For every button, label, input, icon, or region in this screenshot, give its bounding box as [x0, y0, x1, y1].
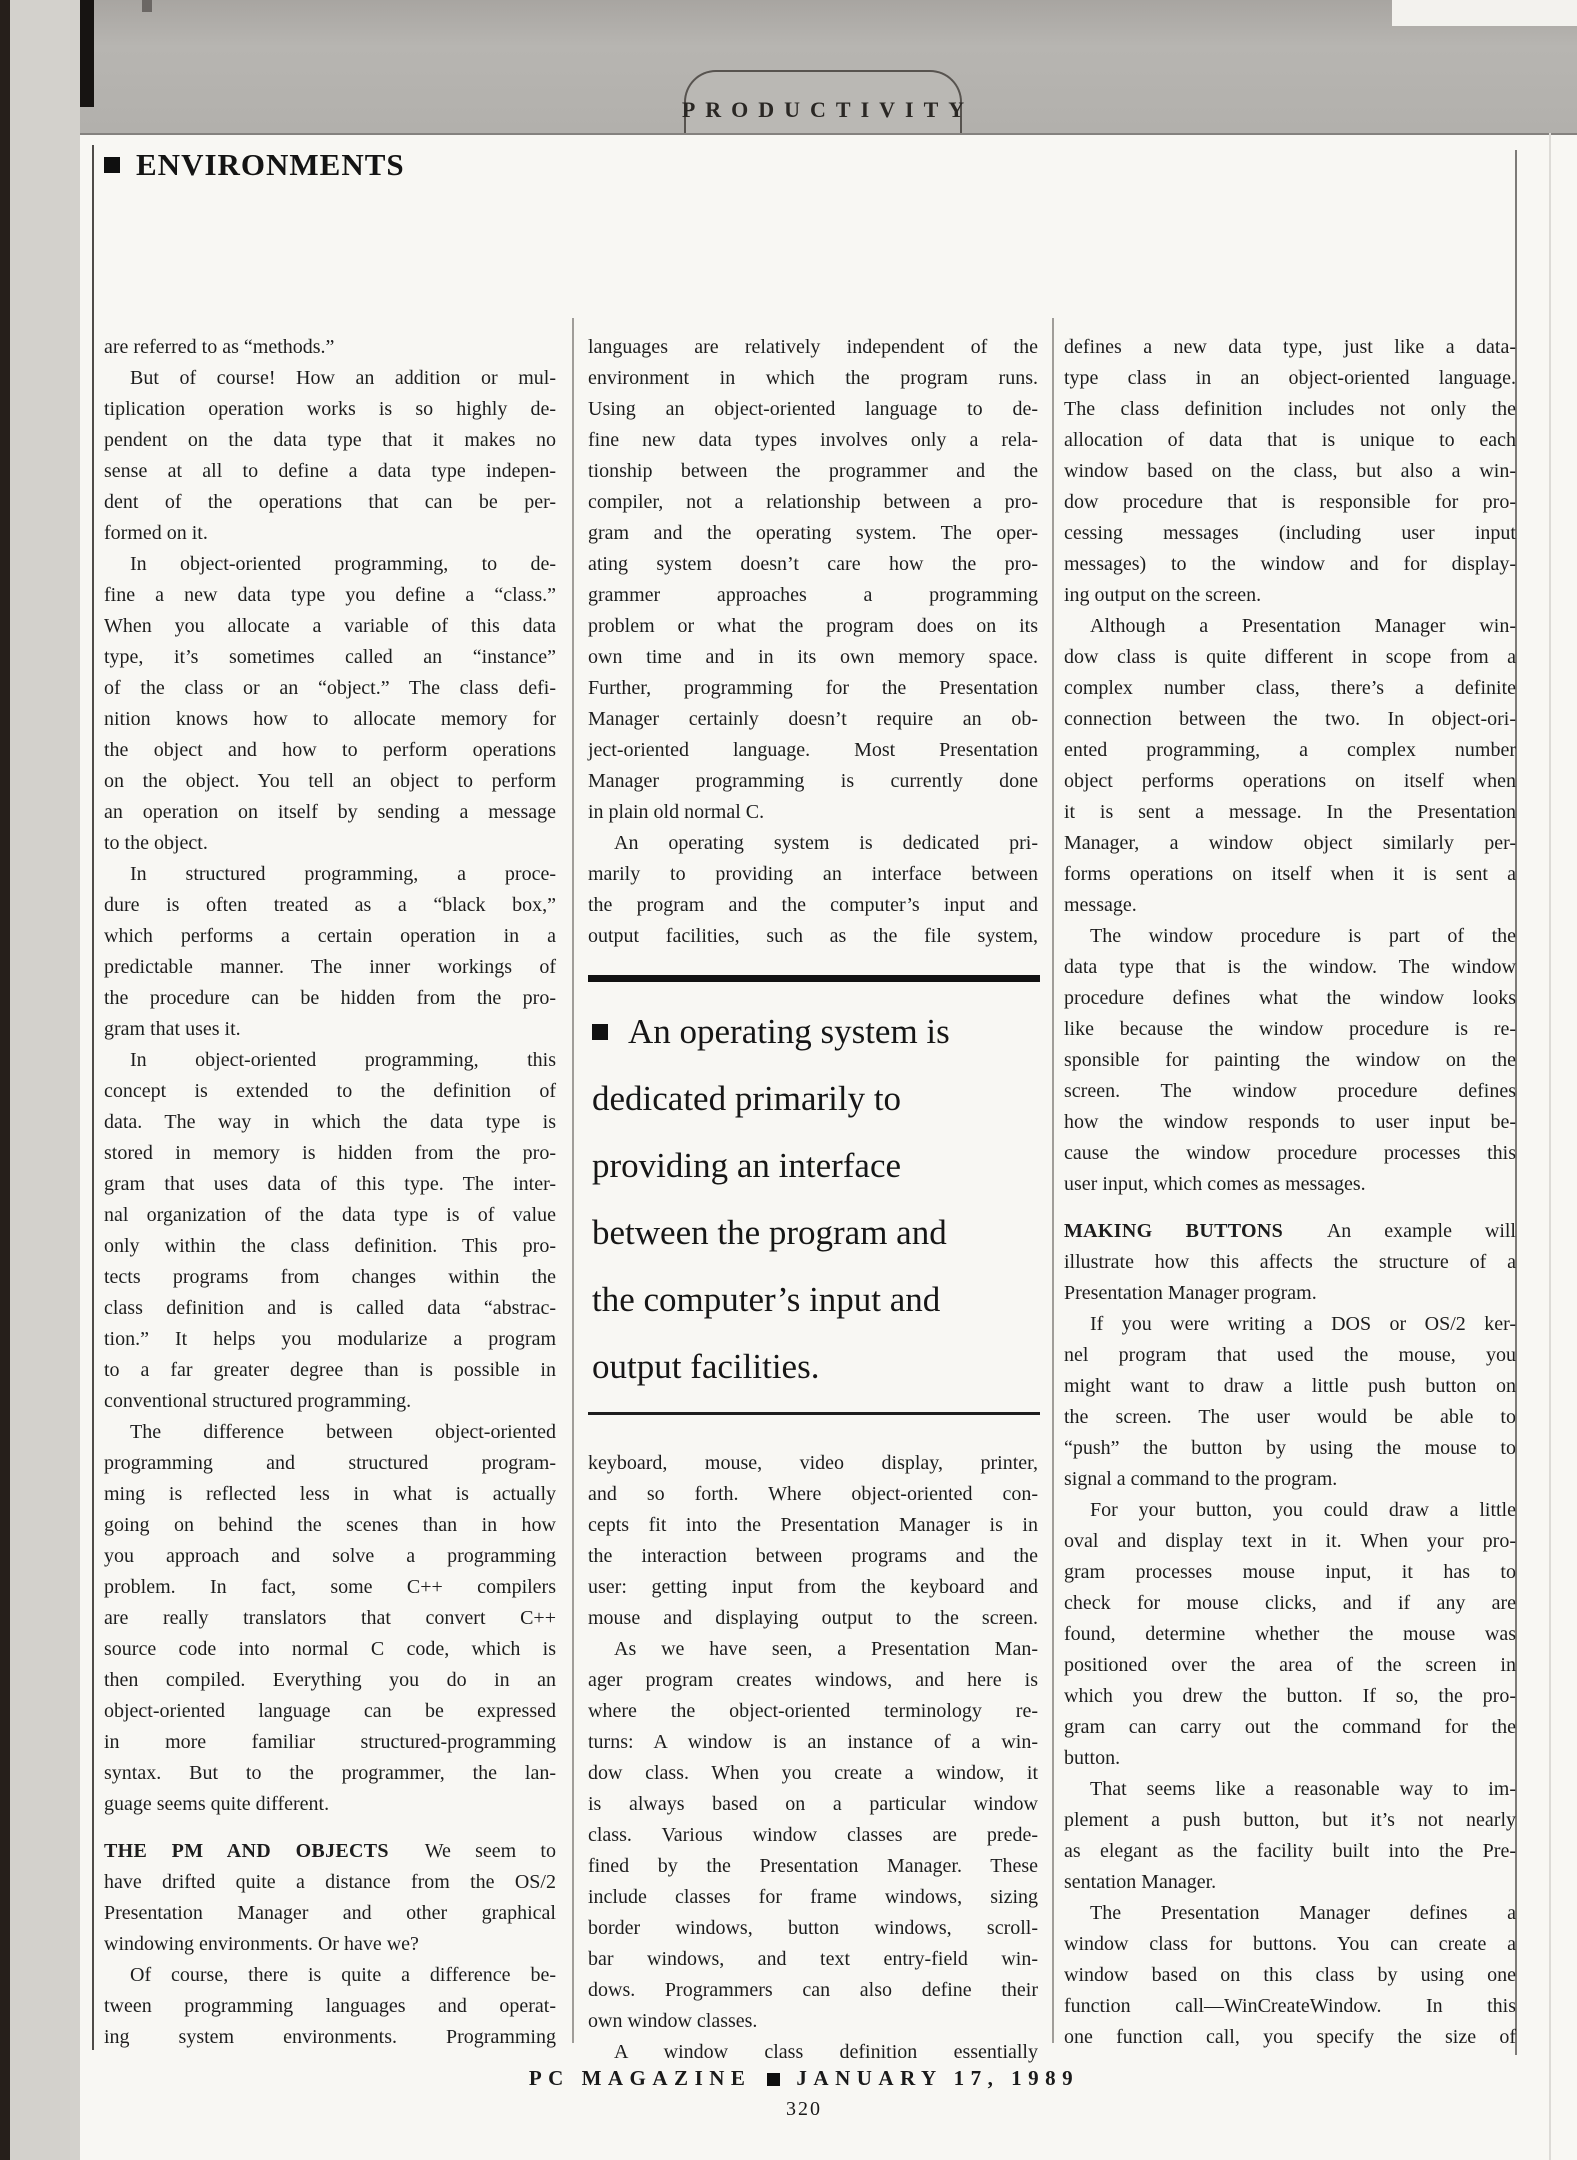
body-line: border windows, button windows, scroll-	[588, 1913, 1038, 1944]
body-line: messages) to the window and for display-	[1064, 549, 1516, 580]
pull-quote-rule-bottom	[588, 1412, 1040, 1415]
body-line: concept is extended to the definition of	[104, 1076, 556, 1107]
body-line: In object-oriented programming, to de-	[104, 549, 556, 580]
column-1: are referred to as “methods.”But of cour…	[104, 332, 556, 2053]
body-line: grammer approaches a programming	[588, 580, 1038, 611]
body-line: fined by the Presentation Manager. These	[588, 1851, 1038, 1882]
body-line: only within the class definition. This p…	[104, 1231, 556, 1262]
body-line: bar windows, and text entry-field win-	[588, 1944, 1038, 1975]
body-line: plement a push button, but it’s not near…	[1064, 1805, 1516, 1836]
body-line: to a far greater degree than is possible…	[104, 1355, 556, 1386]
square-bullet-icon	[592, 1024, 608, 1040]
body-line: defines a new data type, just like a dat…	[1064, 332, 1516, 363]
body-line: an operation on itself by sending a mess…	[104, 797, 556, 828]
body-line: syntax. But to the programmer, the lan-	[104, 1758, 556, 1789]
body-line: cause the window procedure processes thi…	[1064, 1138, 1516, 1169]
body-line: object-oriented language can be expresse…	[104, 1696, 556, 1727]
pull-quote-line: providing an interface	[592, 1132, 1040, 1199]
body-line: gram that uses data of this type. The in…	[104, 1169, 556, 1200]
body-line: gram and the operating system. The oper-	[588, 518, 1038, 549]
body-line: A window class definition essentially	[588, 2037, 1038, 2068]
body-line: check for mouse clicks, and if any are	[1064, 1588, 1516, 1619]
pull-quote-line: between the program and	[592, 1199, 1040, 1266]
body-line: data type that is the window. The window	[1064, 952, 1516, 983]
body-line: pendent on the data type that it makes n…	[104, 425, 556, 456]
body-line: Of course, there is quite a difference b…	[104, 1960, 556, 1991]
pull-quote-line: output facilities.	[592, 1333, 1040, 1400]
body-line: ming is reflected less in what is actual…	[104, 1479, 556, 1510]
body-line: If you were writing a DOS or OS/2 ker-	[1064, 1309, 1516, 1340]
body-line: mouse and displaying output to the scree…	[588, 1603, 1038, 1634]
body-line: type class in an object-oriented languag…	[1064, 363, 1516, 394]
body-line: Although a Presentation Manager win-	[1064, 611, 1516, 642]
body-line: dure is often treated as a “black box,”	[104, 890, 556, 921]
body-line: going on behind the scenes than in how	[104, 1510, 556, 1541]
body-line: That seems like a reasonable way to im-	[1064, 1774, 1516, 1805]
body-line: found, determine whether the mouse was	[1064, 1619, 1516, 1650]
body-line: marily to providing an interface between	[588, 859, 1038, 890]
section-title: ENVIRONMENTS	[136, 147, 405, 183]
page-edge-shadow	[1549, 133, 1551, 2160]
footer-date: JANUARY 17, 1989	[796, 2066, 1079, 2090]
body-line: tiplication operation works is so highly…	[104, 394, 556, 425]
body-line: the screen. The user would be able to	[1064, 1402, 1516, 1433]
column-3: defines a new data type, just like a dat…	[1064, 332, 1516, 2053]
body-line: user: getting input from the keyboard an…	[588, 1572, 1038, 1603]
body-line: Manager, a window object similarly per-	[1064, 828, 1516, 859]
body-line: user input, which comes as messages.	[1064, 1169, 1516, 1200]
column-2-upper: languages are relatively independent of …	[588, 332, 1038, 952]
body-line: tionship between the programmer and the	[588, 456, 1038, 487]
body-line: Manager certainly doesn’t require an ob-	[588, 704, 1038, 735]
body-line: nition knows how to allocate memory for	[104, 704, 556, 735]
body-line: illustrate how this affects the structur…	[1064, 1247, 1516, 1278]
body-line: gram that uses it.	[104, 1014, 556, 1045]
body-line: and so forth. Where object-oriented con-	[588, 1479, 1038, 1510]
body-line: predictable manner. The inner workings o…	[104, 952, 556, 983]
body-line: windowing environments. Or have we?	[104, 1929, 556, 1960]
body-line: output facilities, such as the file syst…	[588, 921, 1038, 952]
body-line: type, it’s sometimes called an “instance…	[104, 642, 556, 673]
body-line: The class definition includes not only t…	[1064, 394, 1516, 425]
body-line: of the class or an “object.” The class d…	[104, 673, 556, 704]
body-line: complex number class, there’s a definite	[1064, 673, 1516, 704]
body-line: on the object. You tell an object to per…	[104, 766, 556, 797]
body-line: the object and how to perform operations	[104, 735, 556, 766]
body-line: Presentation Manager and other graphical	[104, 1898, 556, 1929]
body-line: it is sent a message. In the Presentatio…	[1064, 797, 1516, 828]
body-line: which performs a certain operation in a	[104, 921, 556, 952]
body-line: “push” the button by using the mouse to	[1064, 1433, 1516, 1464]
column-rule-1	[572, 318, 574, 2043]
body-line: ented programming, a complex number	[1064, 735, 1516, 766]
body-line: sponsible for painting the window on the	[1064, 1045, 1516, 1076]
body-line: object performs operations on itself whe…	[1064, 766, 1516, 797]
body-line: window class for buttons. You can create…	[1064, 1929, 1516, 1960]
run-in-heading: THE PM AND OBJECTS	[104, 1840, 389, 1862]
body-line: ing output on the screen.	[1064, 580, 1516, 611]
body-line: class definition and is called data “abs…	[104, 1293, 556, 1324]
body-line: include classes for frame windows, sizin…	[588, 1882, 1038, 1913]
column-2-lower: keyboard, mouse, video display, printer,…	[588, 1448, 1038, 2068]
body-line: problem. In fact, some C++ compilers	[104, 1572, 556, 1603]
body-line: programming and structured program-	[104, 1448, 556, 1479]
body-line: ating system doesn’t care how the pro-	[588, 549, 1038, 580]
body-line: fine a new data type you define a “class…	[104, 580, 556, 611]
body-line: The window procedure is part of the	[1064, 921, 1516, 952]
body-line: have drifted quite a distance from the O…	[104, 1867, 556, 1898]
scan-artifact-tick	[142, 0, 152, 12]
body-line: button.	[1064, 1743, 1516, 1774]
body-line: compiler, not a relationship between a p…	[588, 487, 1038, 518]
body-line: the procedure can be hidden from the pro…	[104, 983, 556, 1014]
body-line: MAKING BUTTONS An example will	[1064, 1216, 1516, 1247]
square-bullet-icon	[104, 157, 120, 173]
body-line: then compiled. Everything you do in an	[104, 1665, 556, 1696]
body-line: stored in memory is hidden from the pro-	[104, 1138, 556, 1169]
body-line: turns: A window is an instance of a win-	[588, 1727, 1038, 1758]
body-line: For your button, you could draw a little	[1064, 1495, 1516, 1526]
body-line: are referred to as “methods.”	[104, 332, 556, 363]
column-rule-2	[1052, 318, 1054, 2043]
body-line: to the object.	[104, 828, 556, 859]
body-line: forms operations on itself when it is se…	[1064, 859, 1516, 890]
scan-artifact-white-notch	[1392, 0, 1577, 26]
body-line: dow class. When you create a window, it	[588, 1758, 1038, 1789]
body-line: The Presentation Manager defines a	[1064, 1898, 1516, 1929]
body-line: might want to draw a little push button …	[1064, 1371, 1516, 1402]
body-line: cepts fit into the Presentation Manager …	[588, 1510, 1038, 1541]
body-line: tion.” It helps you modularize a program	[104, 1324, 556, 1355]
body-line: the program and the computer’s input and	[588, 890, 1038, 921]
body-line: When you allocate a variable of this dat…	[104, 611, 556, 642]
body-line: connection between the two. In object-or…	[1064, 704, 1516, 735]
body-line: As we have seen, a Presentation Man-	[588, 1634, 1038, 1665]
body-line: problem or what the program does on its	[588, 611, 1038, 642]
body-line: gram processes mouse input, it has to	[1064, 1557, 1516, 1588]
body-line: are really translators that convert C++	[104, 1603, 556, 1634]
body-line: guage seems quite different.	[104, 1789, 556, 1820]
body-line: ager program creates windows, and here i…	[588, 1665, 1038, 1696]
body-line: nal organization of the data type is of …	[104, 1200, 556, 1231]
body-line: fine new data types involves only a rela…	[588, 425, 1038, 456]
body-line: one function call, you specify the size …	[1064, 2022, 1516, 2053]
body-line: procedure defines what the window looks	[1064, 983, 1516, 1014]
body-line: own time and in its own memory space.	[588, 642, 1038, 673]
scan-artifact-black-block	[80, 0, 94, 107]
body-line: class. Various window classes are prede-	[588, 1820, 1038, 1851]
body-line: which you drew the button. If so, the pr…	[1064, 1681, 1516, 1712]
pull-quote: An operating system isdedicated primaril…	[588, 975, 1040, 1415]
body-line: sense at all to define a data type indep…	[104, 456, 556, 487]
body-line: is always based on a particular window	[588, 1789, 1038, 1820]
body-line: gram can carry out the command for the	[1064, 1712, 1516, 1743]
body-line: positioned over the area of the screen i…	[1064, 1650, 1516, 1681]
footer-bullet-icon	[767, 2073, 780, 2086]
body-line: Manager programming is currently done	[588, 766, 1038, 797]
pull-quote-line: the computer’s input and	[592, 1266, 1040, 1333]
body-line: data. The way in which the data type is	[104, 1107, 556, 1138]
body-line: THE PM AND OBJECTS We seem to	[104, 1836, 556, 1867]
body-line: tects programs from changes within the	[104, 1262, 556, 1293]
body-line: dows. Programmers can also define their	[588, 1975, 1038, 2006]
body-line: keyboard, mouse, video display, printer,	[588, 1448, 1038, 1479]
body-line: But of course! How an addition or mul-	[104, 363, 556, 394]
body-line: as elegant as the facility built into th…	[1064, 1836, 1516, 1867]
body-line: where the object-oriented terminology re…	[588, 1696, 1038, 1727]
productivity-tab: PRODUCTIVITY	[684, 70, 962, 133]
body-line: dow procedure that is responsible for pr…	[1064, 487, 1516, 518]
pull-quote-line: An operating system is	[592, 998, 1040, 1065]
body-line: window based on this class by using one	[1064, 1960, 1516, 1991]
body-line: own window classes.	[588, 2006, 1038, 2037]
pull-quote-lines: An operating system isdedicated primaril…	[588, 982, 1040, 1412]
body-line: window based on the class, but also a wi…	[1064, 456, 1516, 487]
body-line: allocation of data that is unique to eac…	[1064, 425, 1516, 456]
body-line: ing system environments. Programming	[104, 2022, 556, 2053]
body-line: tween programming languages and operat-	[104, 1991, 556, 2022]
body-line: nel program that used the mouse, you	[1064, 1340, 1516, 1371]
body-line: ject-oriented language. Most Presentatio…	[588, 735, 1038, 766]
body-line: languages are relatively independent of …	[588, 332, 1038, 363]
body-line: dent of the operations that can be per-	[104, 487, 556, 518]
body-line: An operating system is dedicated pri-	[588, 828, 1038, 859]
footer-folio: PC MAGAZINEJANUARY 17, 1989	[92, 2066, 1516, 2091]
productivity-tab-label: PRODUCTIVITY	[672, 97, 974, 133]
body-line: screen. The window procedure defines	[1064, 1076, 1516, 1107]
body-line: In structured programming, a proce-	[104, 859, 556, 890]
body-line: Further, programming for the Presentatio…	[588, 673, 1038, 704]
footer-magazine: PC MAGAZINE	[529, 2066, 752, 2090]
body-line: you approach and solve a programming	[104, 1541, 556, 1572]
body-line: Presentation Manager program.	[1064, 1278, 1516, 1309]
body-line: signal a command to the program.	[1064, 1464, 1516, 1495]
body-line: oval and display text in it. When your p…	[1064, 1526, 1516, 1557]
run-in-heading: MAKING BUTTONS	[1064, 1220, 1283, 1242]
body-line: message.	[1064, 890, 1516, 921]
body-line: In object-oriented programming, this	[104, 1045, 556, 1076]
body-line: like because the window procedure is re-	[1064, 1014, 1516, 1045]
body-line: the interaction between programs and the	[588, 1541, 1038, 1572]
section-heading: ENVIRONMENTS	[104, 147, 405, 183]
body-line: dow class is quite different in scope fr…	[1064, 642, 1516, 673]
body-line: in more familiar structured-programming	[104, 1727, 556, 1758]
body-line: formed on it.	[104, 518, 556, 549]
page-border-left	[92, 145, 94, 2050]
body-line: function call—WinCreateWindow. In this	[1064, 1991, 1516, 2022]
body-line: environment in which the program runs.	[588, 363, 1038, 394]
body-line: cessing messages (including user input	[1064, 518, 1516, 549]
body-line: in plain old normal C.	[588, 797, 1038, 828]
body-line: Using an object-oriented language to de-	[588, 394, 1038, 425]
scan-left-edge	[0, 0, 10, 2160]
page-number: 320	[92, 2098, 1516, 2121]
body-line: The difference between object-oriented	[104, 1417, 556, 1448]
body-line: how the window responds to user input be…	[1064, 1107, 1516, 1138]
body-line: sentation Manager.	[1064, 1867, 1516, 1898]
magazine-page-scan: { "header": { "tab_label": "PRODUCTIVITY…	[0, 0, 1577, 2160]
body-line: conventional structured programming.	[104, 1386, 556, 1417]
pull-quote-rule-top	[588, 975, 1040, 982]
body-line: source code into normal C code, which is	[104, 1634, 556, 1665]
pull-quote-line: dedicated primarily to	[592, 1065, 1040, 1132]
